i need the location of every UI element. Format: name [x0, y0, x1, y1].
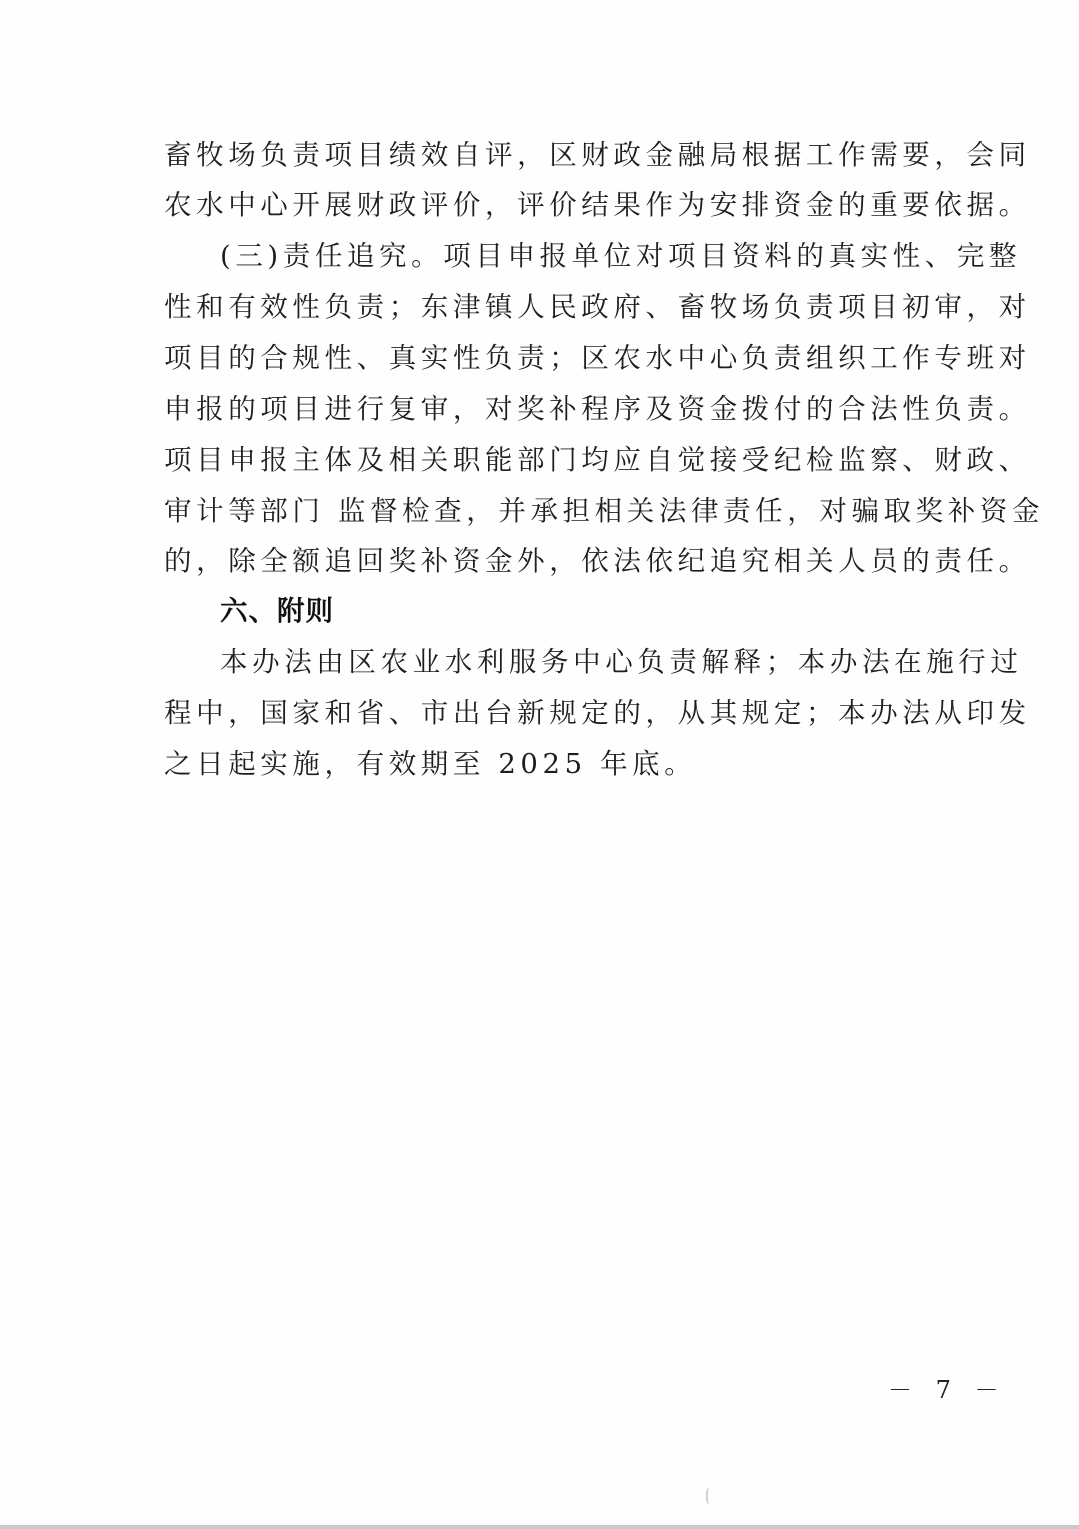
text-line: 本办法由区农业水利服务中心负责解释；本办法在施行过 [220, 642, 950, 682]
text-line: 审计等部门 监督检查，并承担相关法律责任，对骗取奖补资金 [164, 491, 950, 531]
text-line: 项目的合规性、真实性负责；区农水中心负责组织工作专班对 [164, 338, 950, 378]
text-line: 农水中心开展财政评价，评价结果作为安排资金的重要依据。 [164, 185, 950, 225]
text-line: (三)责任追究。项目申报单位对项目资料的真实性、完整 [220, 236, 950, 276]
text-line: 项目申报主体及相关职能部门均应自觉接受纪检监察、财政、 [164, 440, 950, 480]
page-number: － 7 － [888, 1375, 1007, 1405]
text-line: 程中，国家和省、市出台新规定的，从其规定；本办法从印发 [164, 693, 950, 733]
text-line: 之日起实施，有效期至 2025 年底。 [164, 744, 950, 784]
text-line: 性和有效性负责；东津镇人民政府、畜牧场负责项目初审，对 [164, 287, 950, 327]
text-line: 的，除全额追回奖补资金外，依法依纪追究相关人员的责任。 [164, 541, 950, 581]
text-line: 畜牧场负责项目绩效自评，区财政金融局根据工作需要，会同 [164, 135, 950, 175]
scan-bottom-edge [0, 1525, 1079, 1529]
scan-artifact [706, 1488, 710, 1504]
document-page: 畜牧场负责项目绩效自评，区财政金融局根据工作需要，会同 农水中心开展财政评价，评… [0, 0, 1079, 1525]
text-line: 申报的项目进行复审，对奖补程序及资金拨付的合法性负责。 [164, 389, 950, 429]
section-heading: 六、附则 [220, 591, 334, 631]
